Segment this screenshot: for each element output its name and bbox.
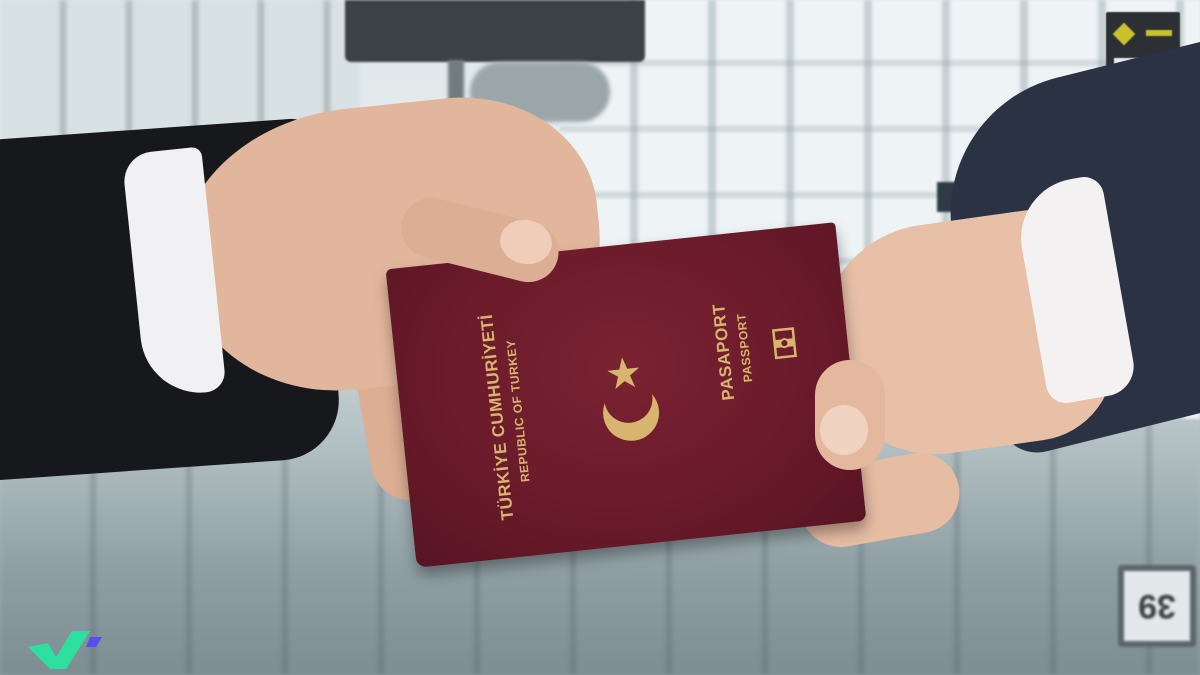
sign-bar bbox=[1146, 30, 1172, 36]
right-thumbnail bbox=[820, 405, 868, 455]
crescent-and-star-icon bbox=[578, 348, 678, 457]
turkish-passport: TÜRKİYE CUMHURİYETİ REPUBLIC OF TURKEY P… bbox=[386, 222, 867, 568]
checkmark-logo-icon bbox=[26, 625, 106, 671]
gate-sign-reflection: 39 bbox=[1118, 565, 1196, 647]
plane-icon bbox=[1113, 23, 1136, 46]
overhead-sign-board bbox=[345, 0, 645, 62]
airport-scene: 39 39 TÜRKİYE CUMHURİYETİ REPUBLIC OF TU… bbox=[0, 0, 1200, 675]
biometric-chip-icon bbox=[772, 327, 797, 359]
passport-label-en: PASSPORT bbox=[734, 313, 755, 383]
